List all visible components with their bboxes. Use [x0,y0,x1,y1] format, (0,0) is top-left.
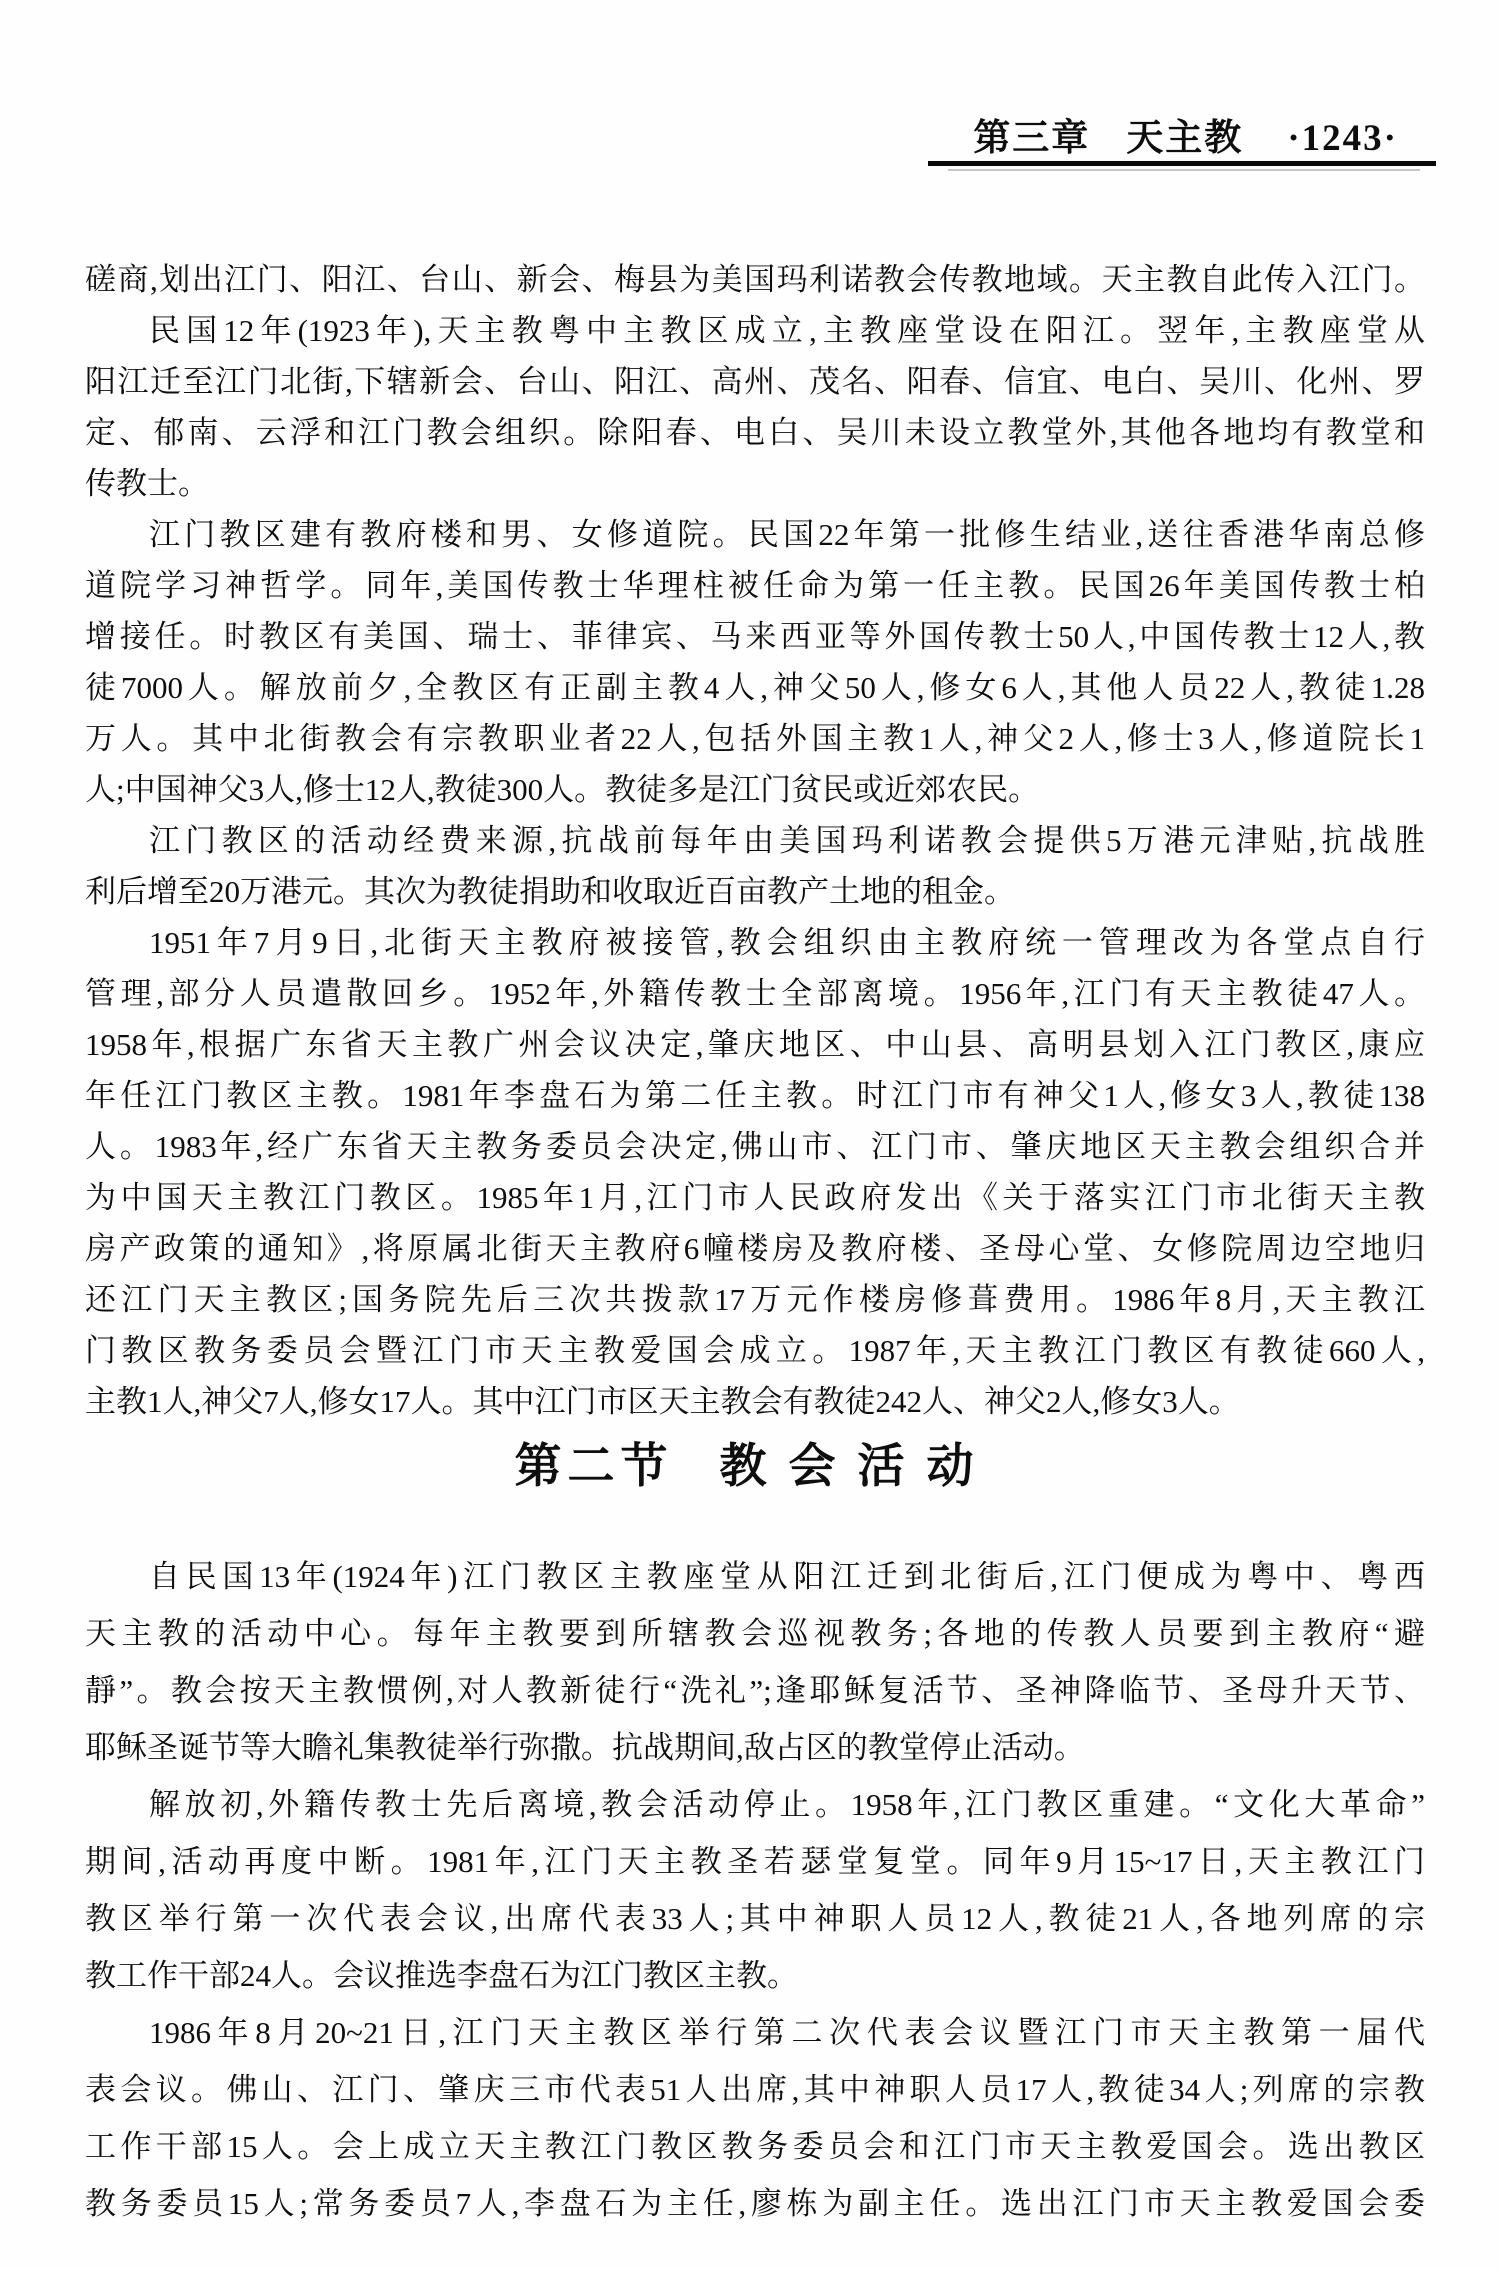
header-divider [928,161,1436,166]
text-line: 人。1983年,经广东省天主教务委员会决定,佛山市、江门市、肇庆地区天主教会组织… [85,1121,1425,1172]
text-line: 为中国天主教江门教区。1985年1月,江门市人民政府发出《关于落实江门市北街天主… [85,1172,1425,1223]
text-line: 民国12年(1923年),天主教粤中主教区成立,主教座堂设在阳江。翌年,主教座堂… [85,305,1425,356]
text-line: 1986年8月20~21日,江门天主教区举行第二次代表会议暨江门市天主教第一届代 [85,2004,1425,2061]
text-line: 江门教区的活动经费来源,抗战前每年由美国玛利诺教会提供5万港元津贴,抗战胜 [85,815,1425,866]
text-line: 定、郁南、云浮和江门教会组织。除阳春、电白、吴川未设立教堂外,其他各地均有教堂和 [85,407,1425,458]
chapter-title: 天主教 [1126,118,1243,159]
text-line: 阳江迁至江门北街,下辖新会、台山、阳江、高州、茂名、阳春、信宜、电白、吴川、化州… [85,356,1425,407]
text-line: 表会议。佛山、江门、肇庆三市代表51人出席,其中神职人员17人,教徒34人;列席… [85,2061,1425,2118]
text-line: 教工作干部24人。会议推选李盘石为江门教区主教。 [85,1947,1425,2004]
page-number: ·1243· [1287,118,1398,159]
header-divider-shadow [948,169,1420,171]
text-line: 利后增至20万港元。其次为教徒捐助和收取近百亩教产土地的租金。 [85,866,1425,917]
section-heading: 第二节教会活动 [85,1438,1425,1496]
text-line: 道院学习神哲学。同年,美国传教士华理柱被任命为第一任主教。民国26年美国传教士柏 [85,560,1425,611]
text-line: 年任江门教区主教。1981年李盘石为第二任主教。时江门市有神父1人,修女3人,教… [85,1070,1425,1121]
text-line: 自民国13年(1924年)江门教区主教座堂从阳江迁到北街后,江门便成为粤中、粤西 [85,1548,1425,1605]
text-line: 人;中国神父3人,修士12人,教徒300人。教徒多是江门贫民或近郊农民。 [85,764,1425,815]
text-line: 还江门天主教区;国务院先后三次共拨款17万元作楼房修葺费用。1986年8月,天主… [85,1274,1425,1325]
chapter-label: 第三章 [973,118,1090,159]
body-text-part2: 自民国13年(1924年)江门教区主教座堂从阳江迁到北街后,江门便成为粤中、粤西… [85,1548,1425,2232]
text-line: 教务委员15人;常务委员7人,李盘石为主任,廖栋为副主任。选出江门市天主教爱国会… [85,2175,1425,2232]
text-line: 万人。其中北街教会有宗教职业者22人,包括外国主教1人,神父2人,修士3人,修道… [85,713,1425,764]
text-line: 1958年,根据广东省天主教广州会议决定,肇庆地区、中山县、高明县划入江门教区,… [85,1019,1425,1070]
text-line: 传教士。 [85,458,1425,509]
text-line: 期间,活动再度中断。1981年,江门天主教圣若瑟堂复堂。同年9月15~17日,天… [85,1833,1425,1890]
text-line: 增接任。时教区有美国、瑞士、菲律宾、马来西亚等外国传教士50人,中国传教士12人… [85,611,1425,662]
text-line: 江门教区建有教府楼和男、女修道院。民国22年第一批修生结业,送往香港华南总修 [85,509,1425,560]
body-text-part1: 磋商,划出江门、阳江、台山、新会、梅县为美国玛利诺教会传教地域。天主教自此传入江… [85,254,1425,1427]
text-line: 1951年7月9日,北街天主教府被接管,教会组织由主教府统一管理改为各堂点自行 [85,917,1425,968]
text-line: 管理,部分人员遣散回乡。1952年,外籍传教士全部离境。1956年,江门有天主教… [85,968,1425,1019]
text-line: 解放初,外籍传教士先后离境,教会活动停止。1958年,江门教区重建。“文化大革命… [85,1776,1425,1833]
section-number: 第二节 [515,1441,674,1493]
section-title: 教会活动 [720,1441,996,1493]
text-line: 主教1人,神父7人,修女17人。其中江门市区天主教会有教徒242人、神父2人,修… [85,1376,1425,1427]
text-line: 教区举行第一次代表会议,出席代表33人;其中神职人员12人,教徒21人,各地列席… [85,1890,1425,1947]
text-line: 磋商,划出江门、阳江、台山、新会、梅县为美国玛利诺教会传教地域。天主教自此传入江… [85,254,1425,305]
text-line: 耶稣圣诞节等大瞻礼集教徒举行弥撒。抗战期间,敌占区的教堂停止活动。 [85,1719,1425,1776]
text-line: 靜”。教会按天主教惯例,对人教新徒行“洗礼”;逢耶稣复活节、圣神降临节、圣母升天… [85,1662,1425,1719]
text-line: 房产政策的通知》,将原属北街天主教府6幢楼房及教府楼、圣母心堂、女修院周边空地归 [85,1223,1425,1274]
running-header: 第三章天主教·1243· [973,116,1398,162]
text-line: 徒7000人。解放前夕,全教区有正副主教4人,神父50人,修女6人,其他人员22… [85,662,1425,713]
book-page: 第三章天主教·1243· 磋商,划出江门、阳江、台山、新会、梅县为美国玛利诺教会… [0,0,1500,2269]
text-line: 天主教的活动中心。每年主教要到所辖教会巡视教务;各地的传教人员要到主教府“避 [85,1605,1425,1662]
text-line: 工作干部15人。会上成立天主教江门教区教务委员会和江门市天主教爱国会。选出教区 [85,2118,1425,2175]
text-line: 门教区教务委员会暨江门市天主教爱国会成立。1987年,天主教江门教区有教徒660… [85,1325,1425,1376]
